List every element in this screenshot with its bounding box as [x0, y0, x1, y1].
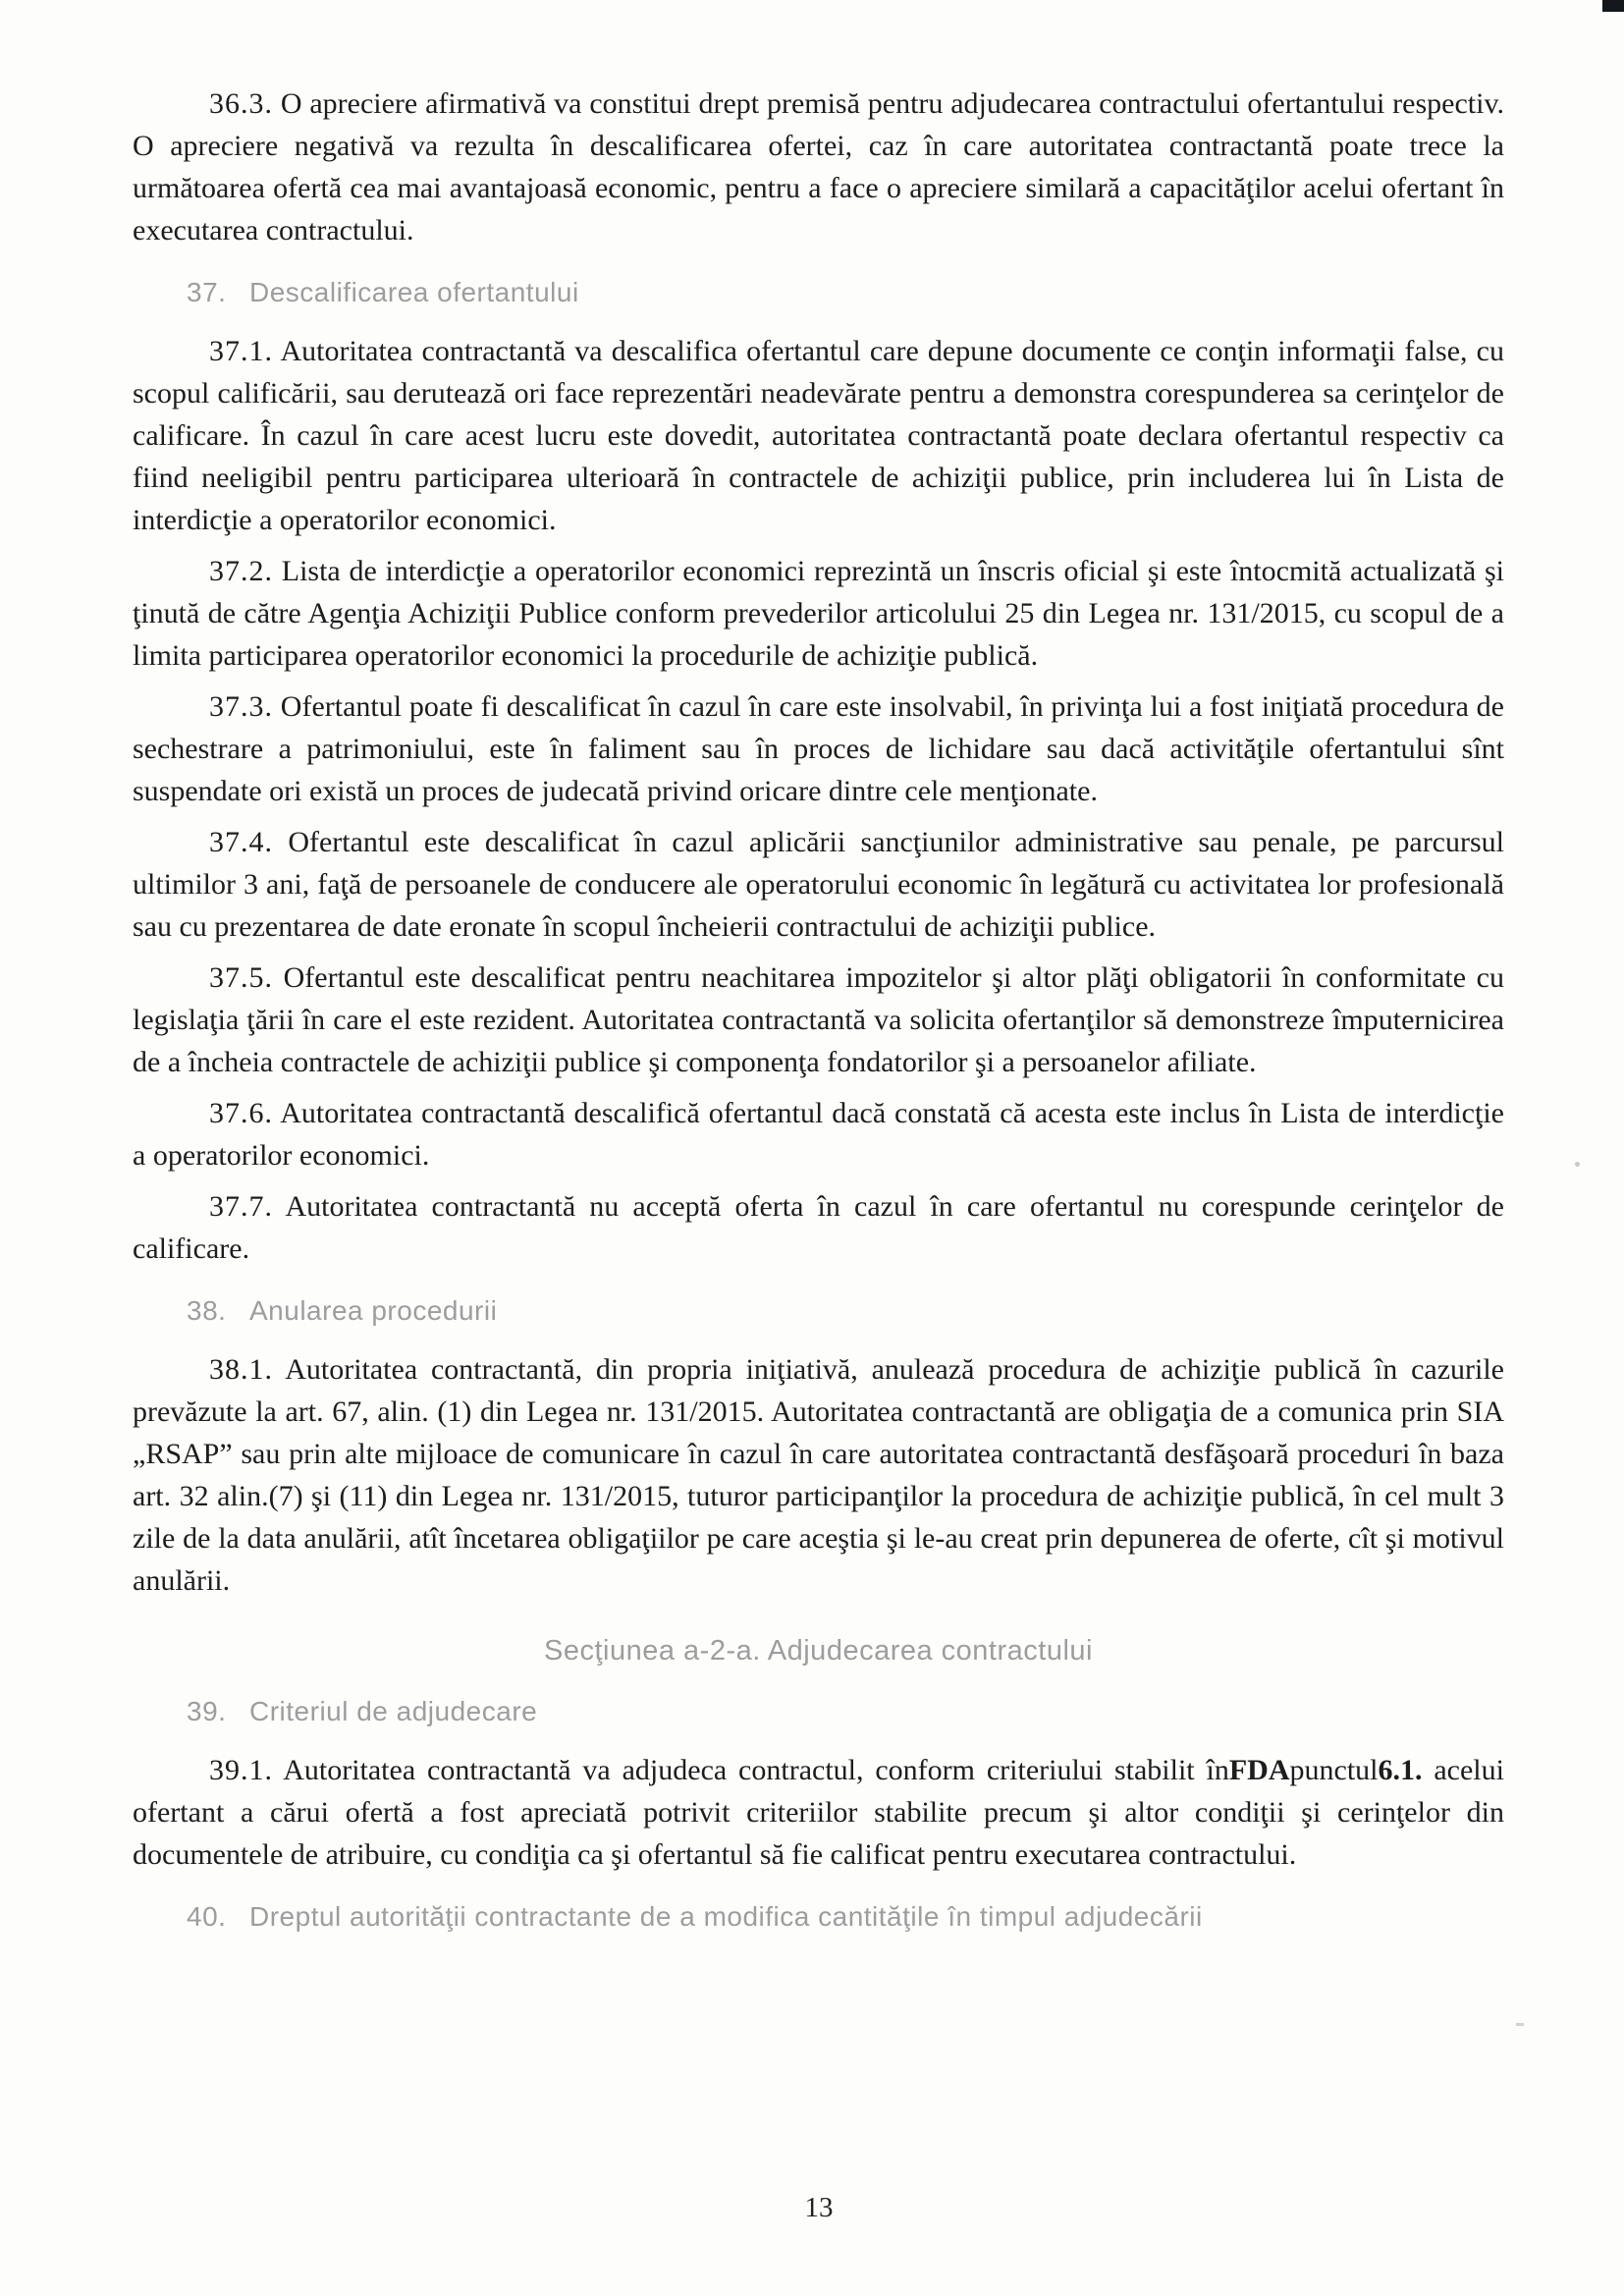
section-heading-40: 40.Dreptul autorităţii contractante de a…	[133, 1897, 1504, 1937]
paragraph-number: 37.4.	[209, 826, 273, 858]
paragraph-text-bold: 6.1.	[1379, 1754, 1423, 1786]
paragraph-37-5: 37.5. Ofertantul este descalificat pentr…	[133, 957, 1504, 1083]
paragraph-text-bold: FDA	[1229, 1754, 1290, 1786]
paragraph-text: Autoritatea contractantă descalifică ofe…	[133, 1097, 1504, 1172]
paragraph-number: 37.2.	[209, 555, 273, 587]
paragraph-number: 38.1.	[209, 1353, 273, 1386]
paragraph-text: Autoritatea contractantă va descalifica …	[133, 335, 1504, 536]
paragraph-number: 36.3.	[209, 87, 273, 120]
heading-number: 39.	[187, 1692, 249, 1731]
paragraph-37-2: 37.2. Lista de interdicţie a operatorilo…	[133, 550, 1504, 677]
page-number: 13	[0, 2192, 1624, 2224]
heading-title: Anularea procedurii	[249, 1295, 497, 1326]
paragraph-39-1: 39.1. Autoritatea contractantă va adjude…	[133, 1749, 1504, 1876]
section-heading-38: 38.Anularea procedurii	[133, 1291, 1504, 1331]
scan-corner-mark	[1602, 0, 1624, 12]
heading-title: Descalificarea ofertantului	[249, 277, 579, 307]
heading-number: 37.	[187, 273, 249, 312]
paragraph-number: 39.1.	[209, 1754, 273, 1786]
paragraph-text: punctul	[1290, 1754, 1379, 1786]
paragraph-text: Ofertantul este descalificat în cazul ap…	[133, 826, 1504, 943]
paragraph-text: O apreciere afirmativă va constitui drep…	[133, 87, 1504, 246]
heading-number: 38.	[187, 1291, 249, 1331]
section-2-title: Secţiunea a-2-a. Adjudecarea contractulu…	[133, 1631, 1504, 1670]
paragraph-text: Autoritatea contractantă nu acceptă ofer…	[133, 1190, 1504, 1265]
paragraph-37-4: 37.4. Ofertantul este descalificat în ca…	[133, 821, 1504, 948]
paragraph-text: Ofertantul este descalificat pentru neac…	[133, 961, 1504, 1078]
paragraph-number: 37.6.	[209, 1097, 273, 1129]
heading-title: Dreptul autorităţii contractante de a mo…	[249, 1901, 1203, 1932]
section-heading-39: 39.Criteriul de adjudecare	[133, 1692, 1504, 1731]
paragraph-number: 37.5.	[209, 961, 273, 994]
paragraph-37-3: 37.3. Ofertantul poate fi descalificat î…	[133, 685, 1504, 812]
paragraph-37-6: 37.6. Autoritatea contractantă descalifi…	[133, 1092, 1504, 1176]
heading-title: Criteriul de adjudecare	[249, 1696, 537, 1726]
paragraph-number: 37.7.	[209, 1190, 273, 1223]
scan-noise-dot	[1516, 2023, 1524, 2026]
paragraph-36-3: 36.3. O apreciere afirmativă va constitu…	[133, 82, 1504, 251]
paragraph-text: Autoritatea contractantă, din propria in…	[133, 1353, 1504, 1597]
section-heading-37: 37.Descalificarea ofertantului	[133, 273, 1504, 312]
heading-number: 40.	[187, 1897, 249, 1937]
document-page: 36.3. O apreciere afirmativă va constitu…	[0, 0, 1624, 2296]
paragraph-text: Autoritatea contractantă va adjudeca con…	[283, 1754, 1229, 1786]
paragraph-37-7: 37.7. Autoritatea contractantă nu accept…	[133, 1185, 1504, 1270]
paragraph-text: Lista de interdicţie a operatorilor econ…	[133, 555, 1504, 672]
paragraph-38-1: 38.1. Autoritatea contractantă, din prop…	[133, 1348, 1504, 1602]
paragraph-number: 37.3.	[209, 690, 273, 723]
scan-noise-dot	[1575, 1162, 1580, 1167]
paragraph-37-1: 37.1. Autoritatea contractantă va descal…	[133, 330, 1504, 541]
paragraph-number: 37.1.	[209, 335, 273, 367]
paragraph-text: Ofertantul poate fi descalificat în cazu…	[133, 690, 1504, 807]
body-column: 36.3. O apreciere afirmativă va constitu…	[133, 82, 1504, 1954]
